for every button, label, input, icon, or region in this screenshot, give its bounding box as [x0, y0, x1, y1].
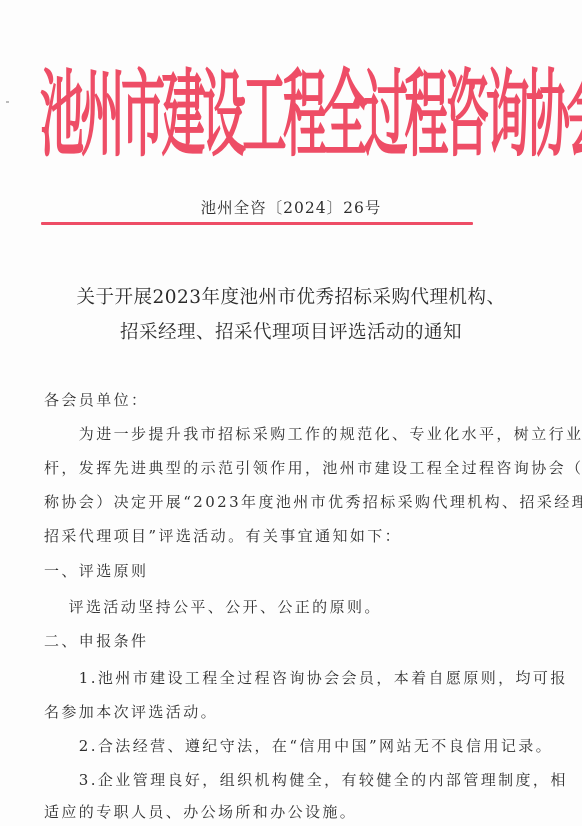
salutation: 各会员单位： [44, 389, 148, 410]
masthead-char: 设 [202, 70, 243, 165]
section-heading-principles: 一、评选原则 [44, 560, 148, 581]
intro-line: 招采代理项目”评选活动。有关事宜通知如下： [44, 525, 402, 546]
scan-speck [6, 101, 9, 103]
masthead-char: 全 [324, 70, 365, 165]
masthead-char: 过 [364, 70, 405, 165]
red-divider [41, 222, 473, 225]
intro-line: 称协会）决定开展“2023年度池州市优秀招标采购代理机构、招采经理、 [44, 491, 582, 512]
masthead-char: 程 [405, 70, 446, 165]
document-number: 池州全咨〔2024〕26号 [0, 196, 582, 218]
masthead-char: 池 [40, 70, 81, 165]
principles-text: 评选活动坚持公平、公开、公正的原则。 [44, 596, 382, 617]
section-heading-conditions: 二、申报条件 [44, 630, 148, 651]
masthead-char: 市 [121, 70, 162, 165]
masthead-char: 会 [567, 70, 582, 165]
notice-title-line-2: 招采经理、招采代理项目评选活动的通知 [0, 318, 582, 344]
masthead-char: 询 [486, 70, 527, 165]
condition-line: 3.企业管理良好，组织机构健全，有较健全的内部管理制度，相 [44, 769, 568, 790]
masthead-char: 建 [162, 70, 203, 165]
intro-line: 杆，发挥先进典型的示范引领作用，池州市建设工程全过程咨询协会（简 [44, 457, 582, 478]
condition-line: 1.池州市建设工程全过程咨询协会会员，本着自愿原则，均可报 [44, 667, 568, 688]
masthead-char: 程 [283, 70, 324, 165]
condition-line: 名参加本次评选活动。 [44, 701, 218, 722]
masthead-char: 咨 [445, 70, 486, 165]
masthead-char: 协 [526, 70, 567, 165]
condition-line: 适应的专职人员、办公场所和办公设施。 [44, 801, 357, 822]
masthead-org-name: 池 州 市 建 设 工 程 全 过 程 咨 询 协 会 [40, 62, 534, 172]
condition-line: 2.合法经营、遵纪守法，在“信用中国”网站无不良信用记录。 [44, 735, 553, 756]
masthead-char: 州 [81, 70, 122, 165]
masthead-char: 工 [243, 70, 284, 165]
notice-title-line-1: 关于开展2023年度池州市优秀招标采购代理机构、 [0, 283, 582, 309]
intro-line: 为进一步提升我市招标采购工作的规范化、专业化水平，树立行业标 [44, 423, 582, 444]
